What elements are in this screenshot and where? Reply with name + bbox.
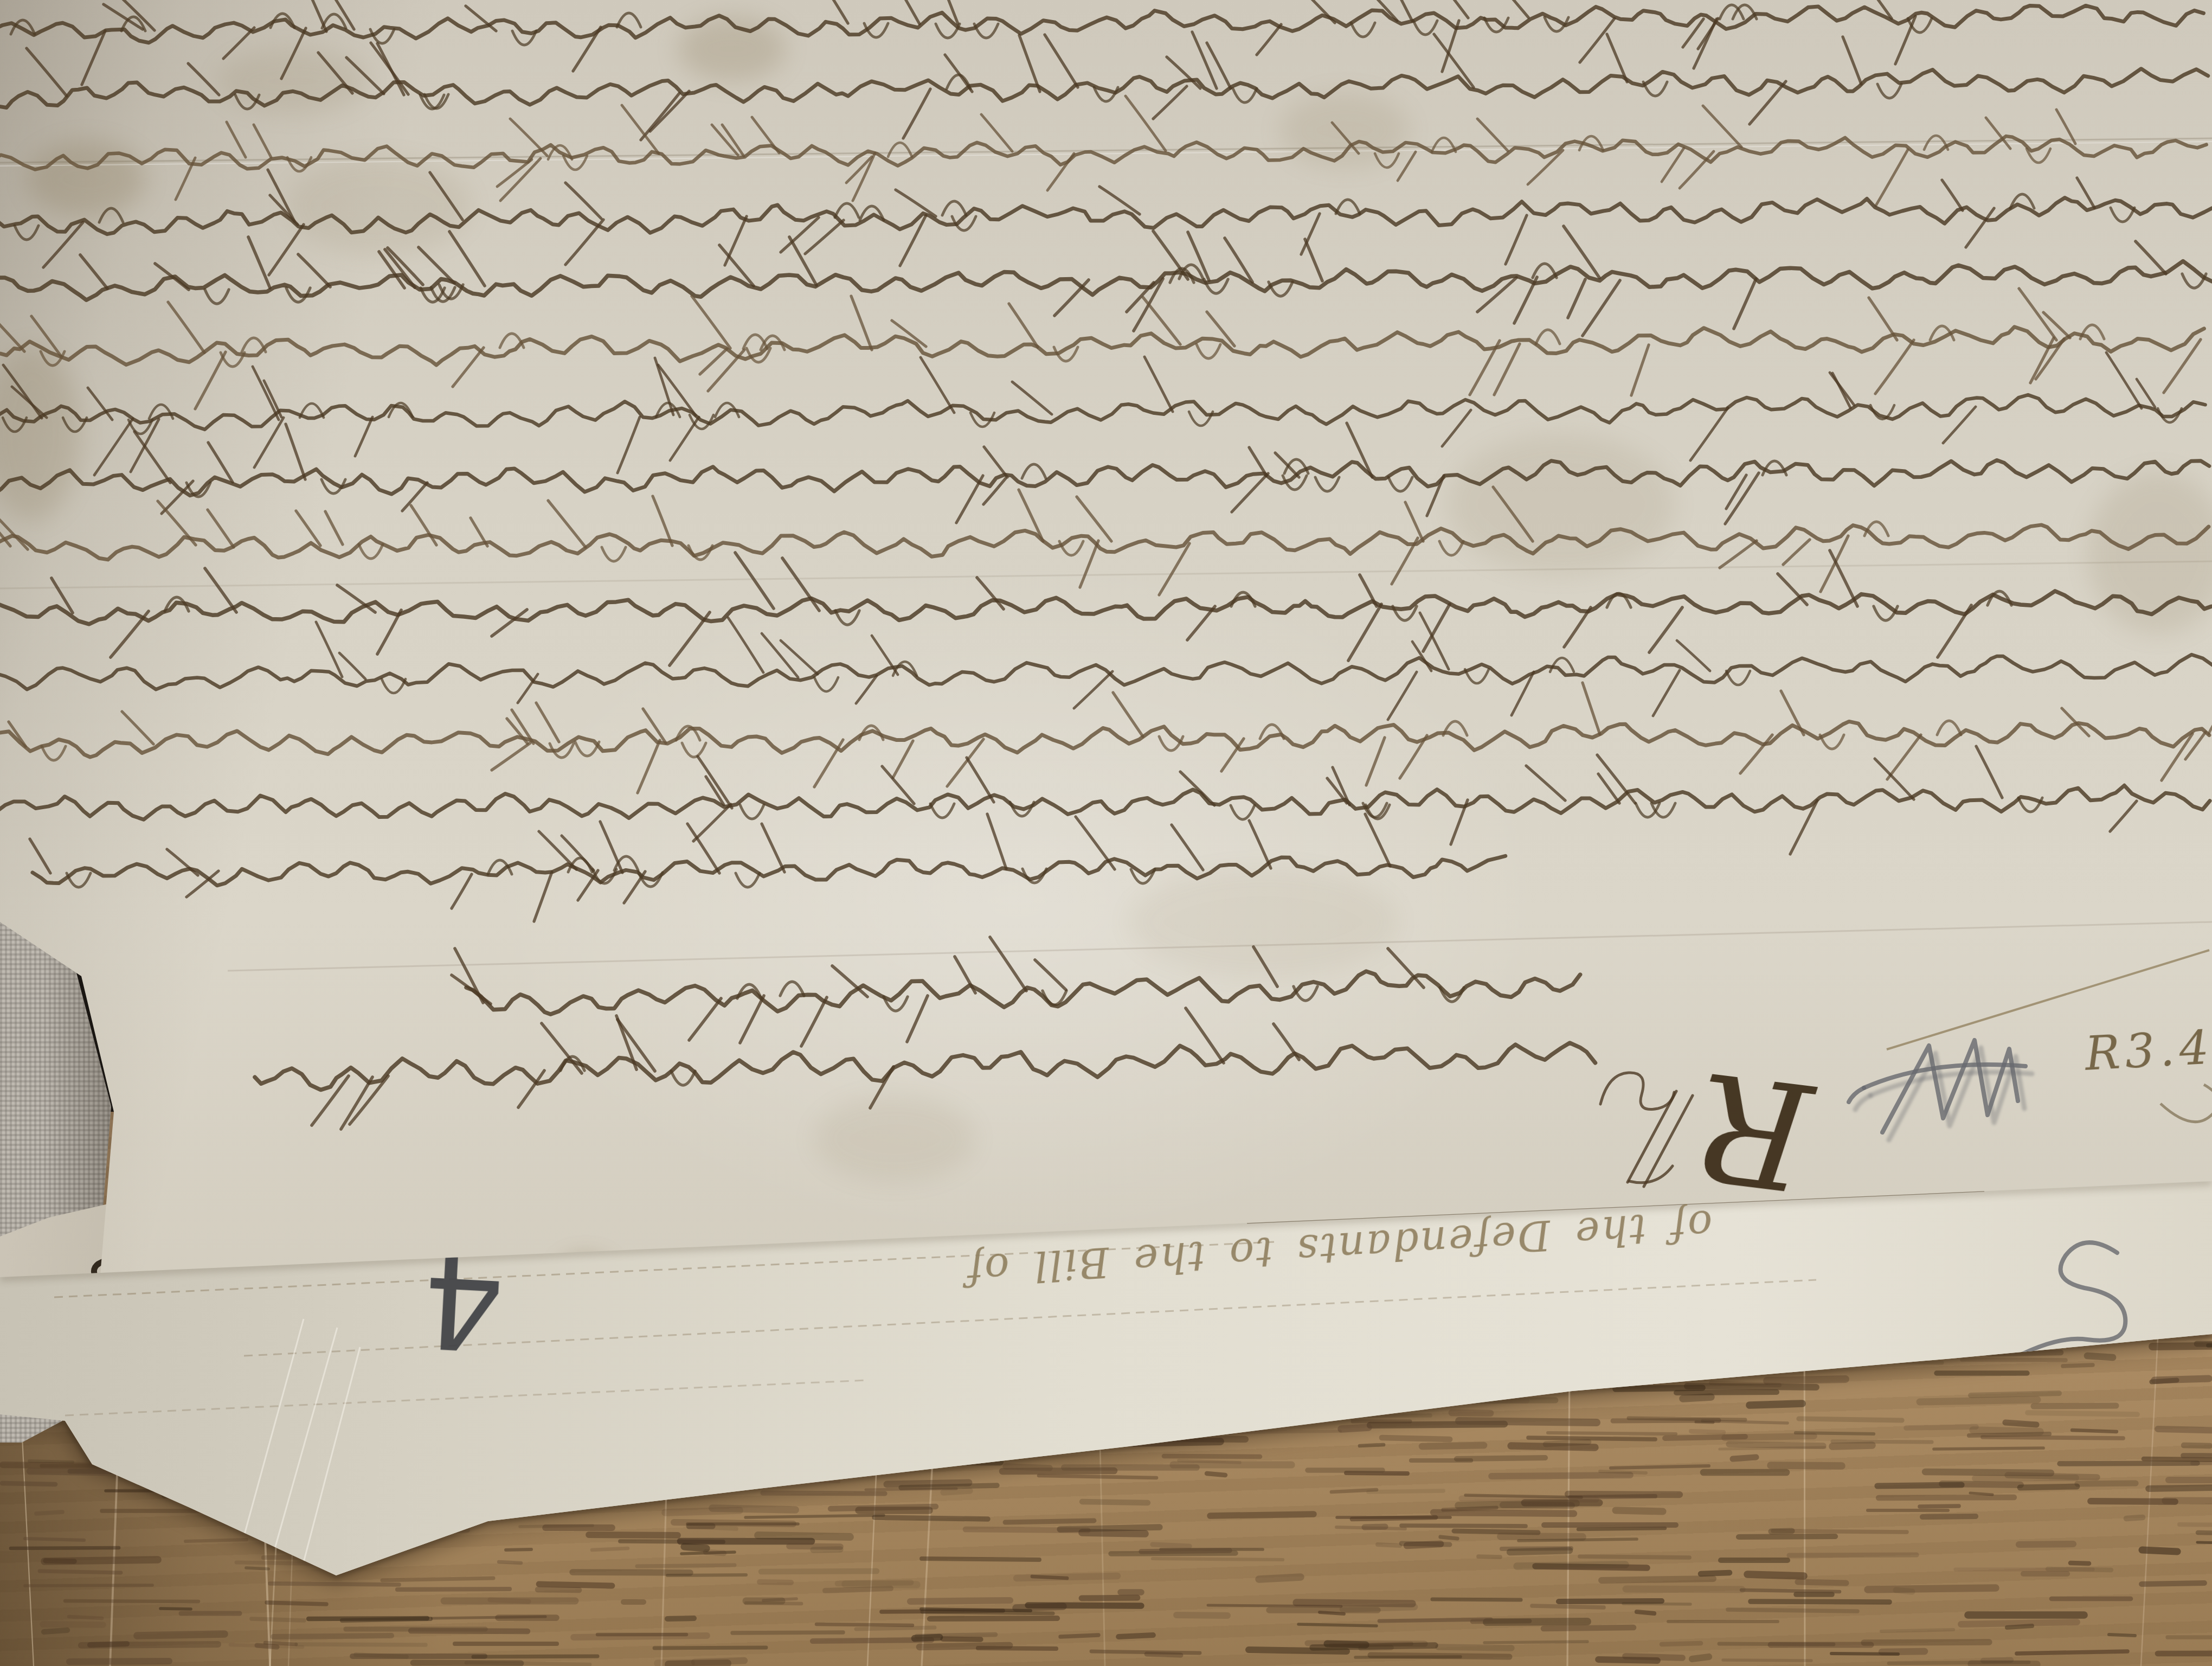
shelfmark-notation: R3.4 [2084, 1018, 2212, 1087]
ink-monogram: R [1639, 1031, 1820, 1212]
photo-of-parchment-deed: R R3.4 of the Defendants to the Bill of … [0, 0, 2212, 1666]
